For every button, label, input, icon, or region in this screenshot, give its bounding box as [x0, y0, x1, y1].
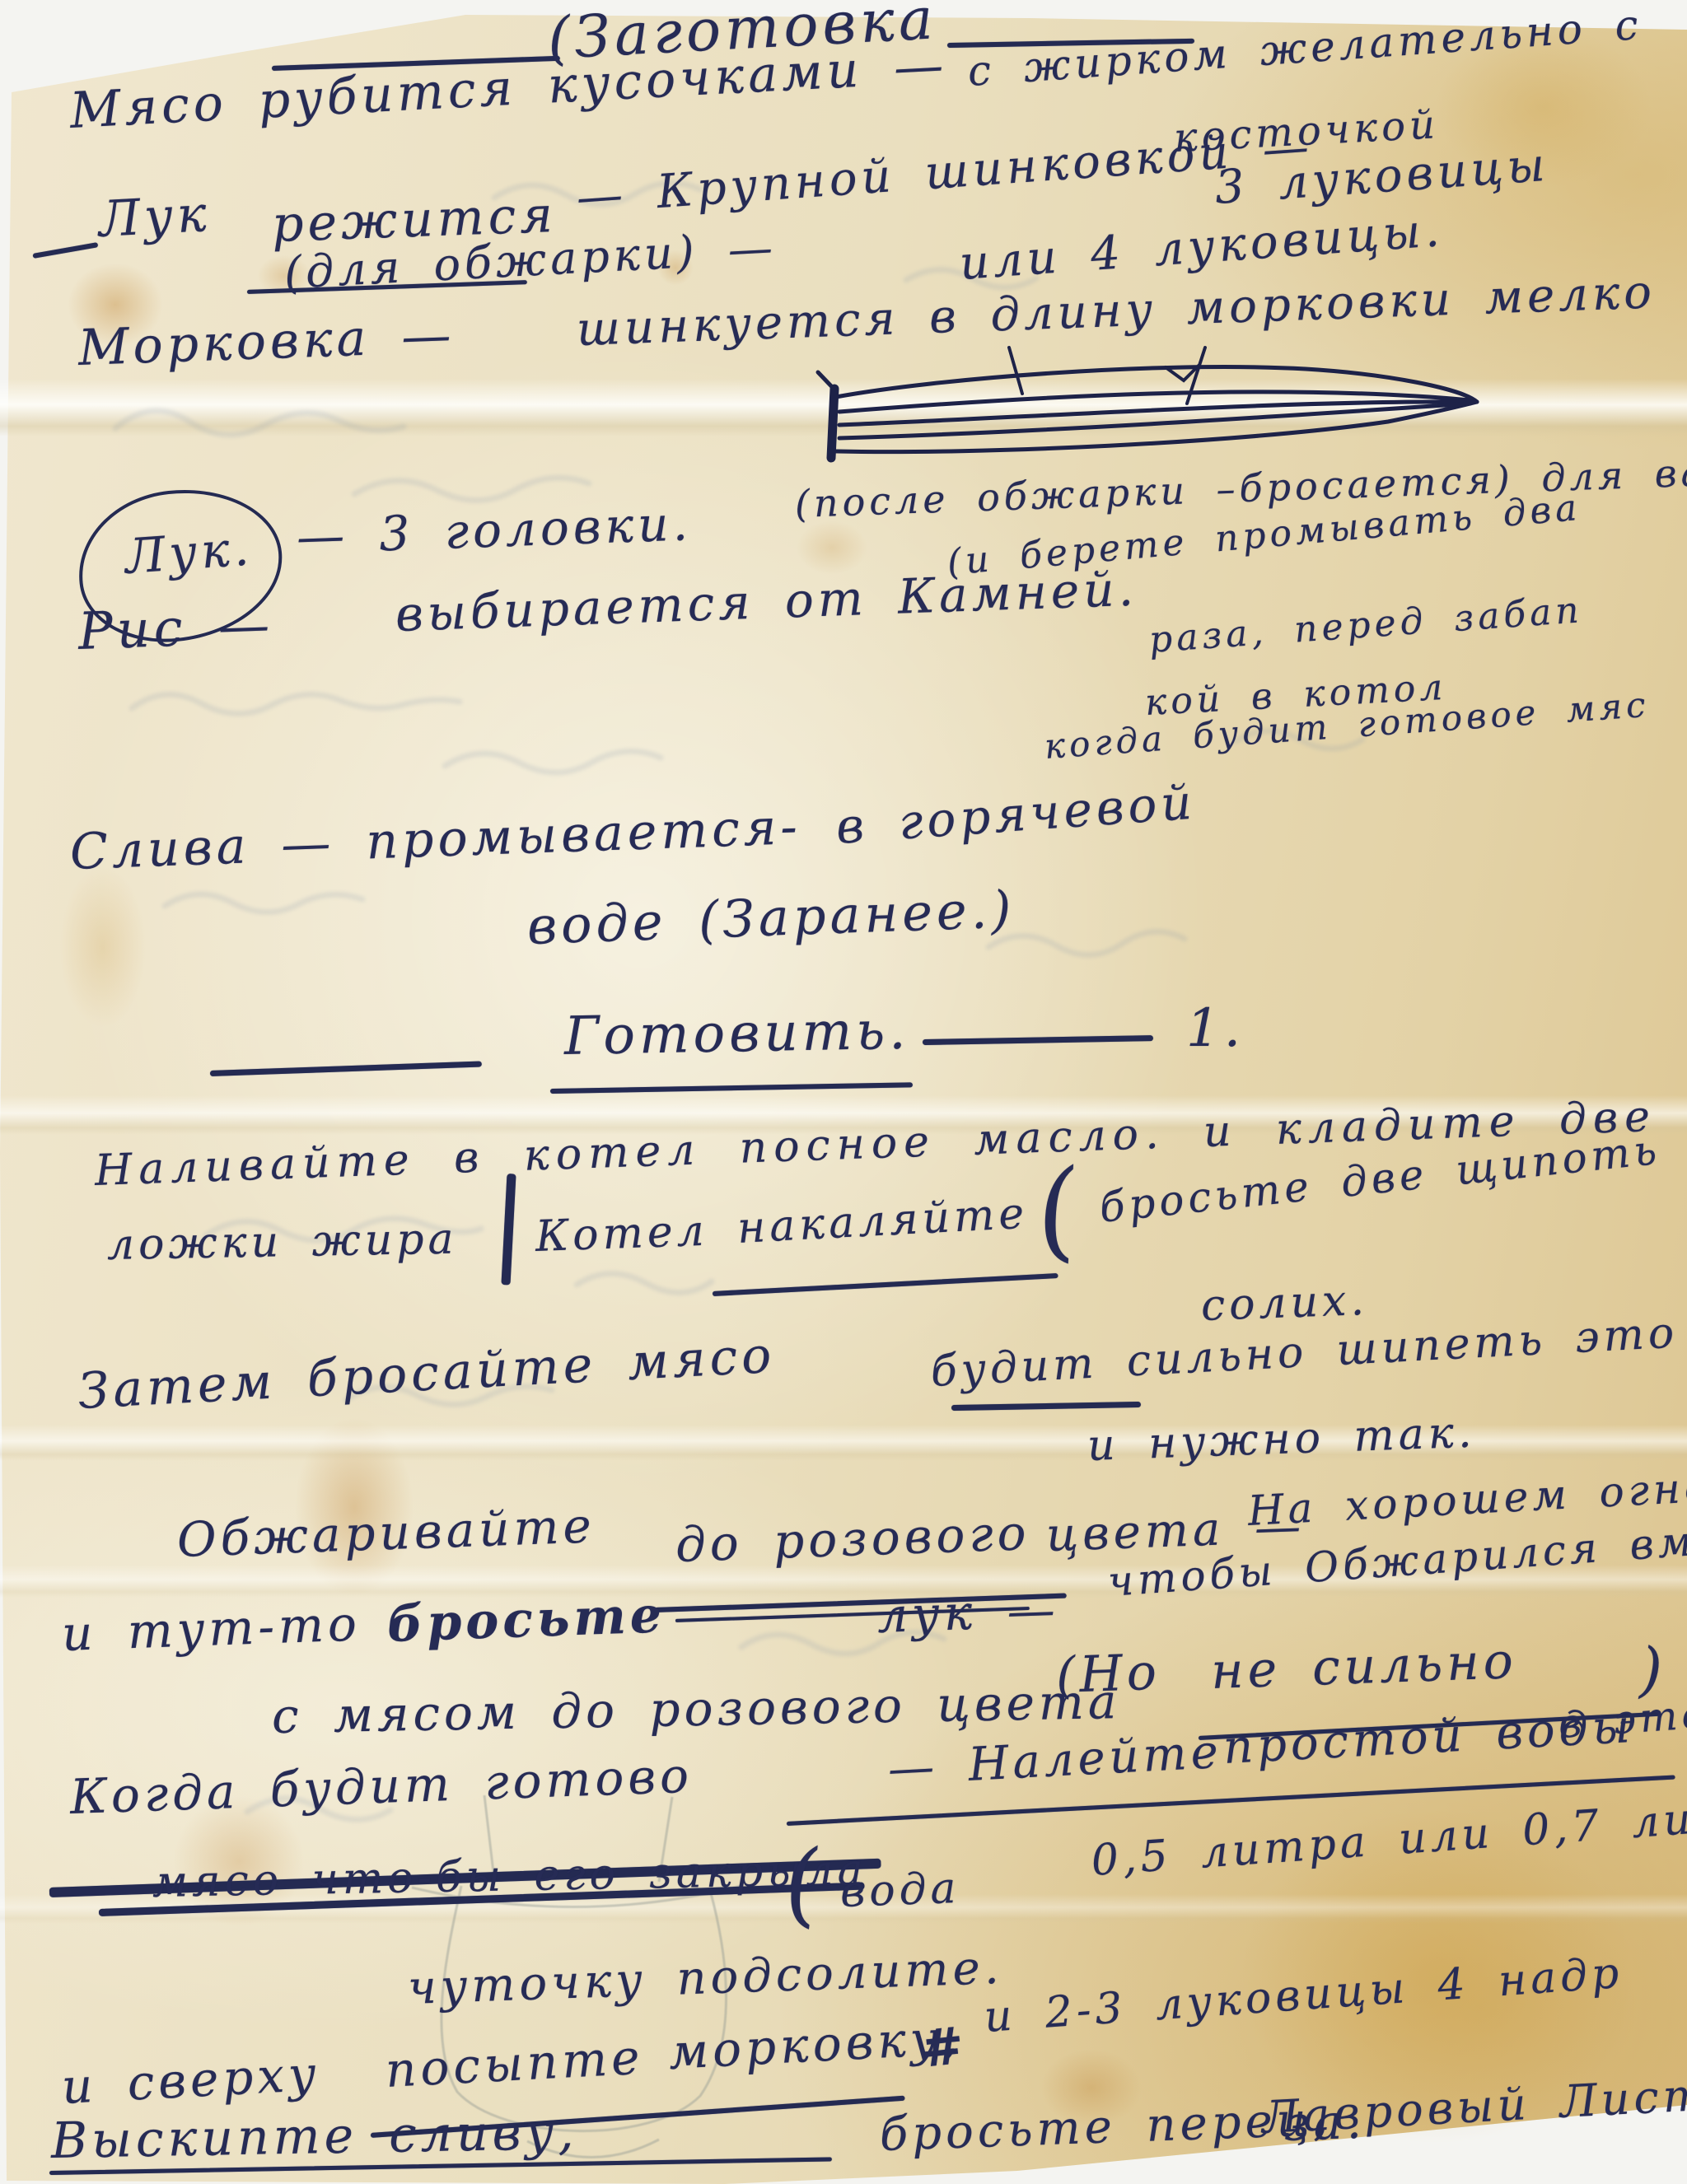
- step5-into: в это: [1557, 1691, 1687, 1748]
- step4-not-strong: не сильно: [1210, 1632, 1518, 1701]
- step7-plum: Выскипте сливу,: [50, 2103, 578, 2170]
- step1-line2: ложки жира: [106, 1215, 457, 1270]
- step4-here: и тут-то: [61, 1595, 362, 1662]
- prep-onion2-word: Лук.: [124, 520, 255, 585]
- cook-step-number: 1.: [1186, 998, 1245, 1059]
- step6-scribble-mark: #: [918, 2014, 970, 2079]
- step1-kotel: Котел: [535, 1206, 709, 1262]
- prep-rice-word: Рис —: [77, 595, 274, 661]
- cook-heading: Готовить.: [563, 1001, 910, 1067]
- step1-salt-note-2: солих.: [1200, 1276, 1369, 1331]
- step4-but: (Но: [1055, 1644, 1161, 1705]
- prep-onion-word: Лук: [97, 185, 212, 249]
- step4-throw: бросьте: [386, 1586, 666, 1654]
- step5-water-word: вода: [839, 1864, 961, 1917]
- scanned-recipe-page: (Заготовка Мясо рубится кусочками — с жи…: [0, 0, 1687, 2184]
- step4-onion: лук —: [876, 1581, 1060, 1644]
